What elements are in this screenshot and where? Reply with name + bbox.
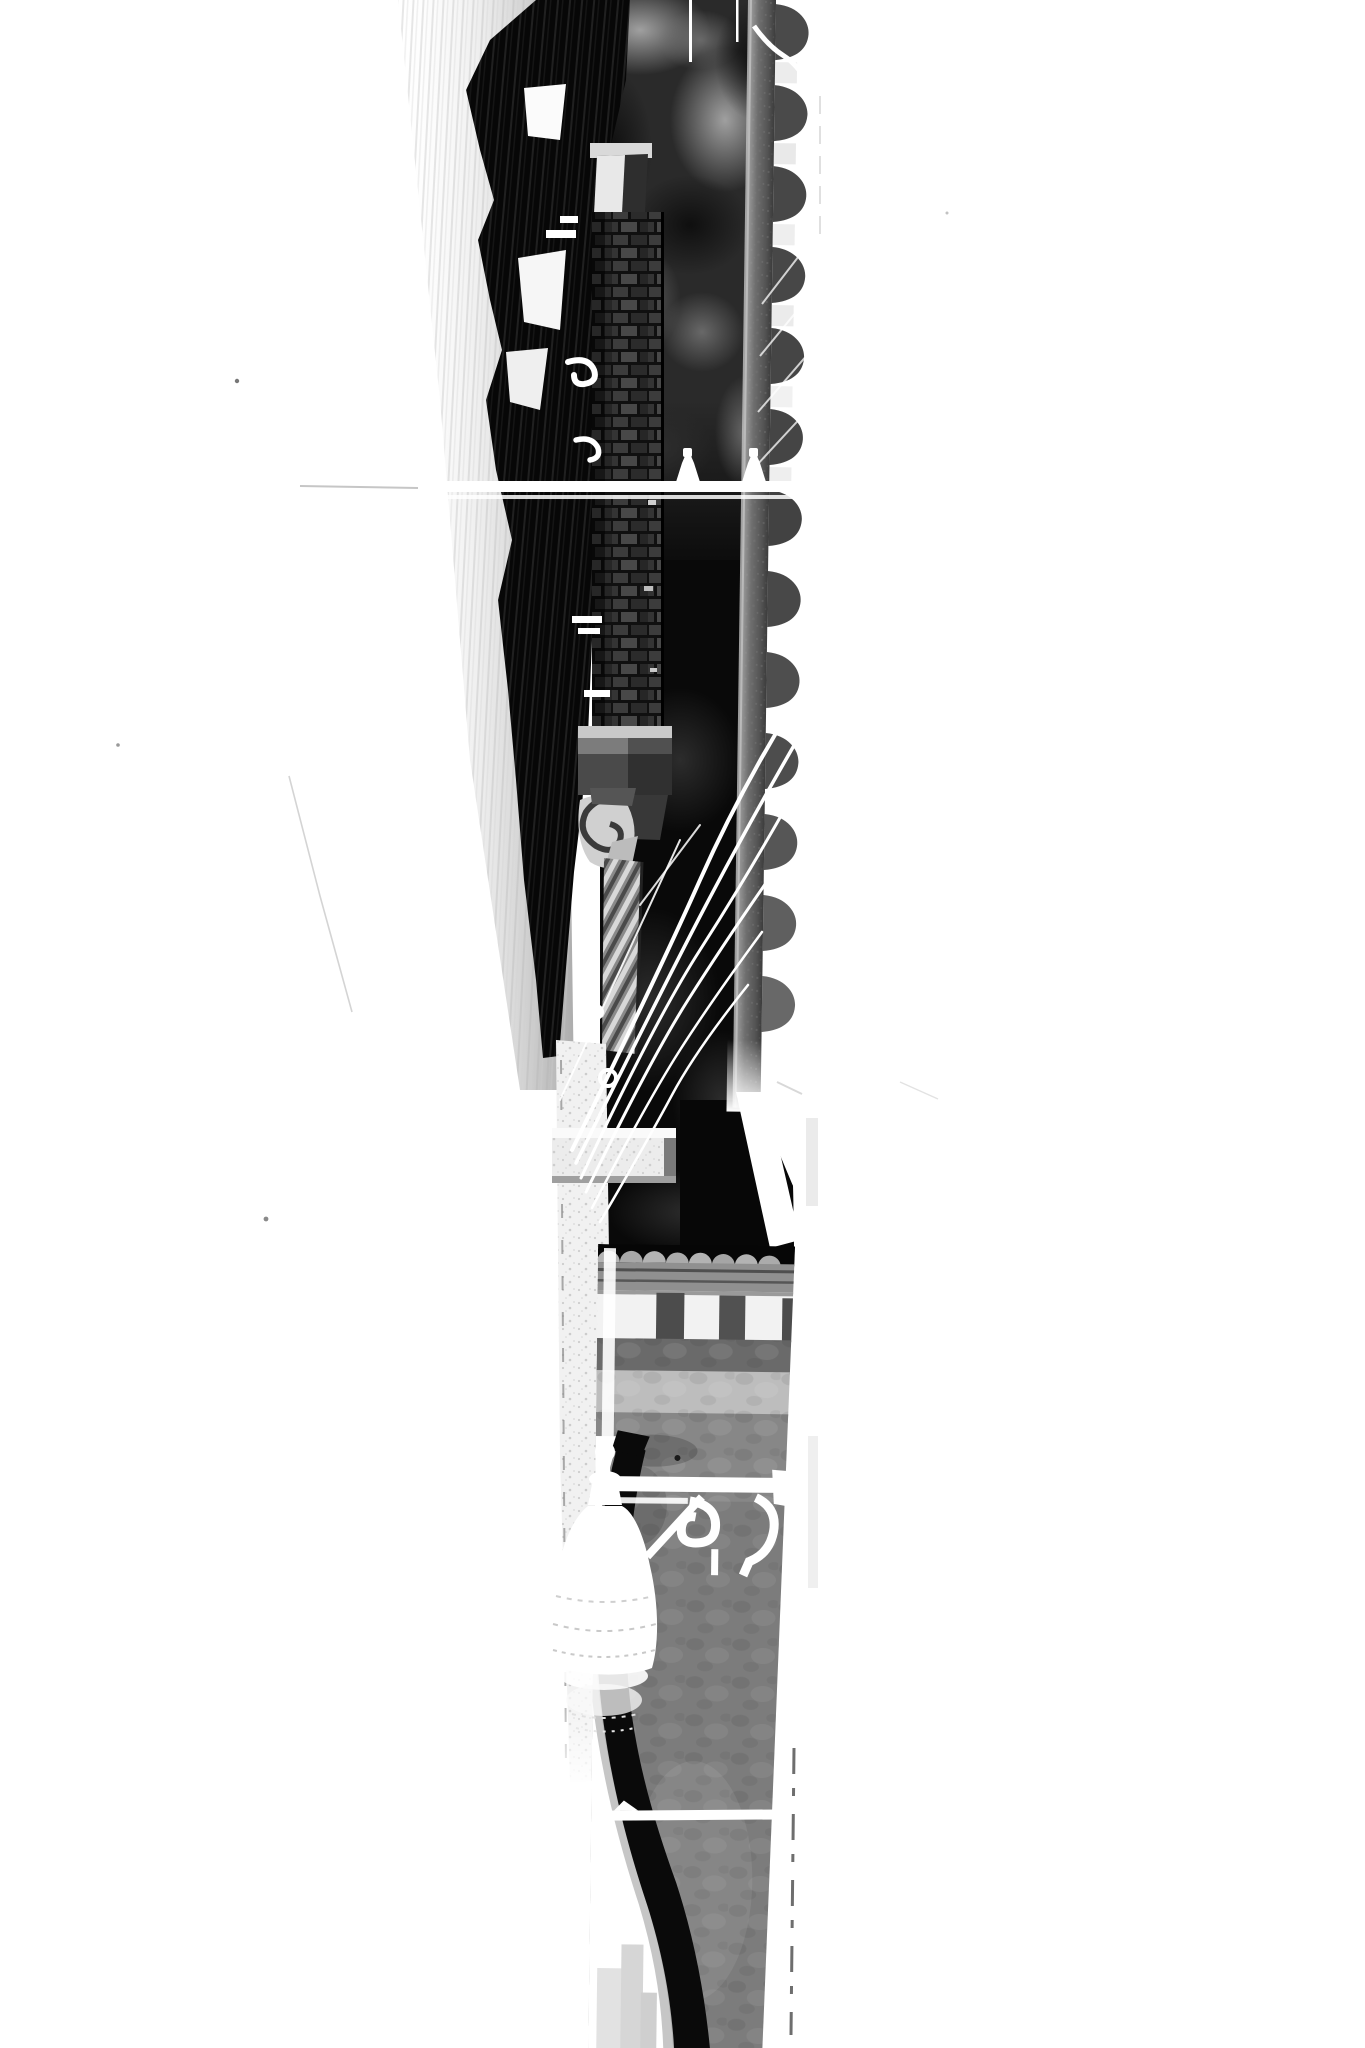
arch-step-patch xyxy=(596,1968,623,2048)
dust-speck xyxy=(235,379,239,383)
eaves-notch xyxy=(518,250,566,330)
spiral-ornament xyxy=(602,858,642,1054)
dentil-block xyxy=(656,1293,685,1341)
dentil-cornice xyxy=(597,1290,795,1342)
eave-band xyxy=(597,1262,794,1294)
chimney-cap-lit-face xyxy=(594,155,625,214)
arch-step-patch xyxy=(620,1944,643,2048)
photo-canvas xyxy=(0,0,1365,2048)
dentil-block xyxy=(719,1295,746,1341)
bracket-arm xyxy=(598,1476,780,1493)
lamp-neck xyxy=(588,1484,622,1505)
power-line-main xyxy=(418,481,864,492)
dust-speck xyxy=(264,1217,269,1222)
dust-speck xyxy=(116,743,120,747)
power-line-second-strand xyxy=(430,495,800,499)
lamp-finial xyxy=(595,1442,615,1462)
alley-photograph xyxy=(0,0,1365,2048)
arch-step-patch xyxy=(640,1993,657,2048)
dust-speck xyxy=(946,212,949,215)
small-bracket xyxy=(584,690,610,697)
eaves-notch xyxy=(524,84,566,140)
